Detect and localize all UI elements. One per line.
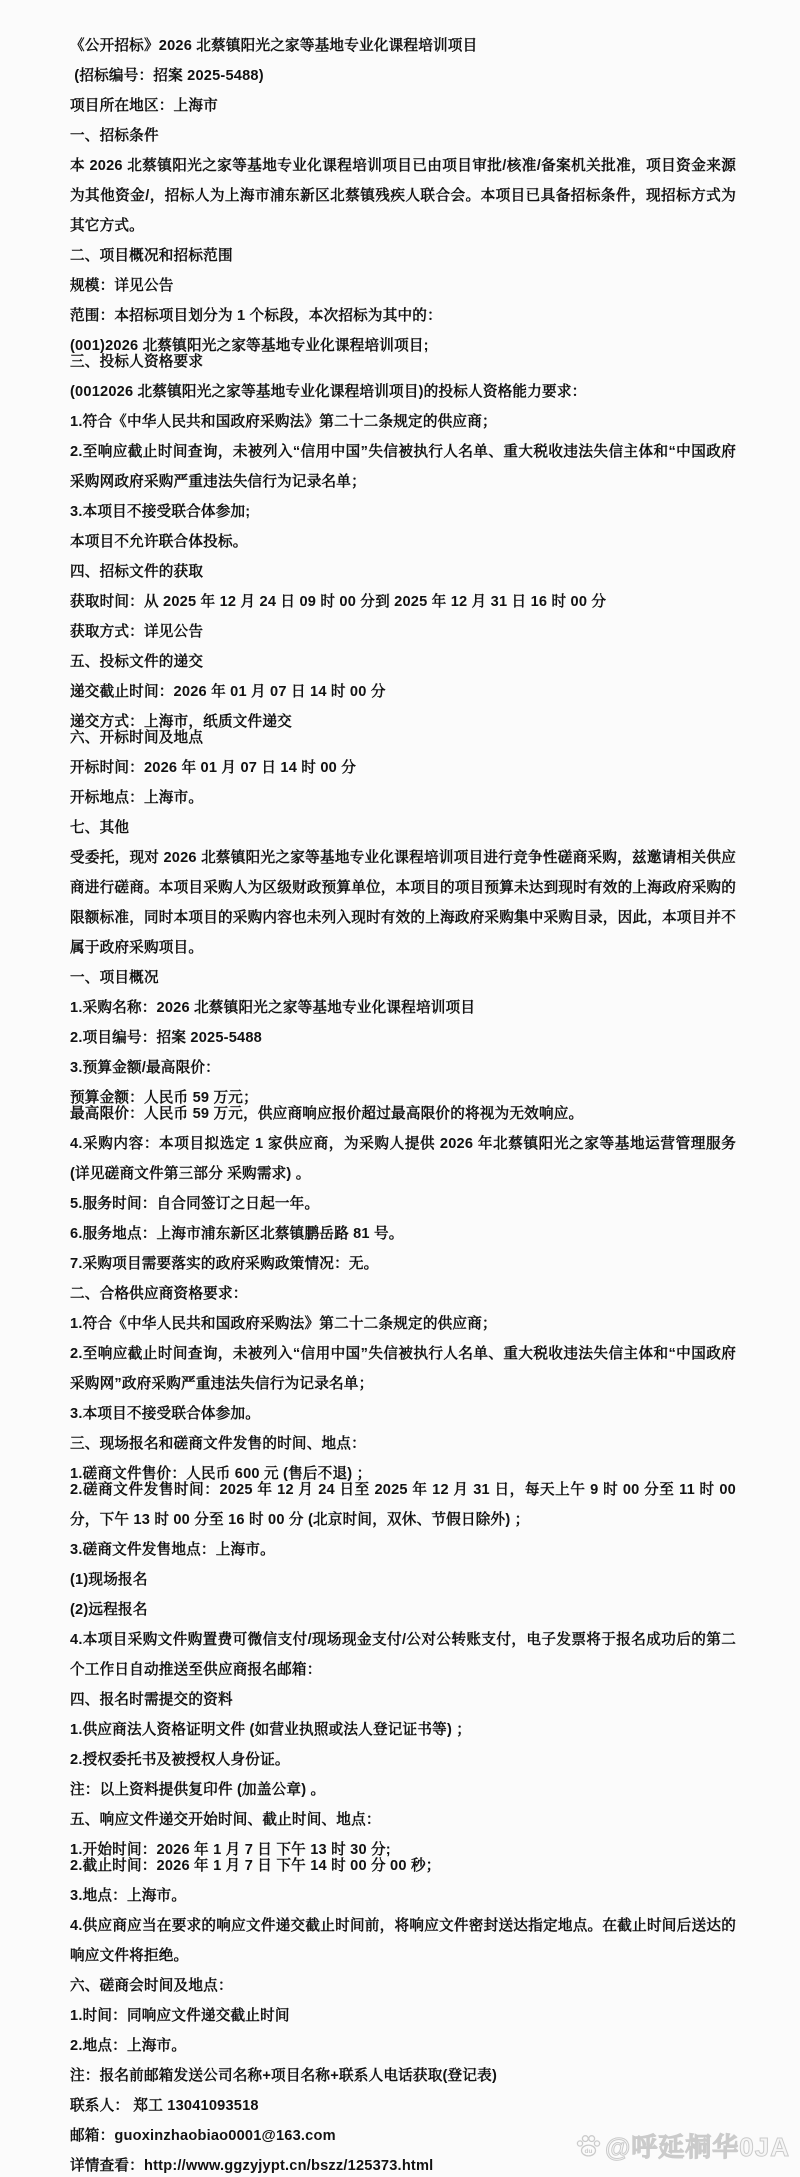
document-line: 5.服务时间：自合同签订之日起一年。	[70, 1189, 736, 1219]
document-line: 受委托，现对 2026 北蔡镇阳光之家等基地专业化课程培训项目进行竞争性磋商采购…	[70, 843, 736, 963]
document-line: 3.本项目不接受联合体参加;	[70, 497, 736, 527]
document-line: 规模：详见公告	[70, 271, 736, 301]
document-line: 2.磋商文件发售时间：2025 年 12 月 24 日至 2025 年 12 月…	[70, 1475, 736, 1535]
document-line: 7.采购项目需要落实的政府采购政策情况：无。	[70, 1249, 736, 1279]
document-line: (0012026 北蔡镇阳光之家等基地专业化课程培训项目)的投标人资格能力要求：	[70, 377, 736, 407]
document-line: 一、项目概况	[70, 963, 736, 993]
tender-announcement-page: 《公开招标》2026 北蔡镇阳光之家等基地专业化课程培训项目 (招标编号：招案 …	[0, 0, 800, 2177]
document-line: 3.本项目不接受联合体参加。	[70, 1399, 736, 1429]
document-line: 4.本项目采购文件购置费可微信支付/现场现金支付/公对公转账支付，电子发票将于报…	[70, 1625, 736, 1685]
document-line: 开标时间：2026 年 01 月 07 日 14 时 00 分	[70, 753, 736, 783]
document-line: 范围：本招标项目划分为 1 个标段，本次招标为其中的：	[70, 301, 736, 331]
document-line: 1.采购名称：2026 北蔡镇阳光之家等基地专业化课程培训项目	[70, 993, 736, 1023]
document-line: (2)远程报名	[70, 1595, 736, 1625]
document-line: 二、合格供应商资格要求：	[70, 1279, 736, 1309]
document-line: 三、现场报名和磋商文件发售的时间、地点：	[70, 1429, 736, 1459]
document-line: 二、项目概况和招标范围	[70, 241, 736, 271]
document-line: 本项目不允许联合体投标。	[70, 527, 736, 557]
watermark-handle: @呼延桐华0JA	[605, 2127, 790, 2164]
document-line: 开标地点：上海市。	[70, 783, 736, 813]
document-line: 3.地点：上海市。	[70, 1881, 736, 1911]
document-line: 4.供应商应当在要求的响应文件递交截止时间前，将响应文件密封送达指定地点。在截止…	[70, 1911, 736, 1971]
document-line: 《公开招标》2026 北蔡镇阳光之家等基地专业化课程培训项目	[70, 31, 736, 61]
document-line: 六、开标时间及地点	[70, 723, 736, 753]
document-line: 一、招标条件	[70, 121, 736, 151]
document-line: 1.供应商法人资格证明文件 (如营业执照或法人登记证书等) ；	[70, 1715, 736, 1745]
document-line: 1.时间：同响应文件递交截止时间	[70, 2001, 736, 2031]
document-line: (招标编号：招案 2025-5488)	[70, 61, 736, 91]
document-line: 1.符合《中华人民共和国政府采购法》第二十二条规定的供应商；	[70, 407, 736, 437]
document-line: 注：报名前邮箱发送公司名称+项目名称+联系人电话获取(登记表)	[70, 2061, 736, 2091]
document-line: 获取时间：从 2025 年 12 月 24 日 09 时 00 分到 2025 …	[70, 587, 736, 617]
document-line: 2.项目编号：招案 2025-5488	[70, 1023, 736, 1053]
document-line: 项目所在地区：上海市	[70, 91, 736, 121]
document-line: 3.磋商文件发售地点：上海市。	[70, 1535, 736, 1565]
watermark: du @呼延桐华0JA	[575, 2127, 790, 2164]
document-line: 五、响应文件递交开始时间、截止时间、地点：	[70, 1805, 736, 1835]
document-line: 6.服务地点：上海市浦东新区北蔡镇鹏岳路 81 号。	[70, 1219, 736, 1249]
document-line: 2.至响应截止时间查询，未被列入“信用中国”失信被执行人名单、重大税收违法失信主…	[70, 1339, 736, 1399]
document-line: 2.地点：上海市。	[70, 2031, 736, 2061]
document-line: 2.授权委托书及被授权人身份证。	[70, 1745, 736, 1775]
document-line: 获取方式：详见公告	[70, 617, 736, 647]
document-line: (1)现场报名	[70, 1565, 736, 1595]
document-line: 四、招标文件的获取	[70, 557, 736, 587]
document-line: 1.符合《中华人民共和国政府采购法》第二十二条规定的供应商；	[70, 1309, 736, 1339]
document-line: 2.截止时间：2026 年 1 月 7 日 下午 14 时 00 分 00 秒；	[70, 1851, 736, 1881]
document-line: 3.预算金额/最高限价：	[70, 1053, 736, 1083]
tender-announcement-document: 《公开招标》2026 北蔡镇阳光之家等基地专业化课程培训项目 (招标编号：招案 …	[0, 0, 800, 2177]
document-line: 四、报名时需提交的资料	[70, 1685, 736, 1715]
baidu-paw-icon-label: du	[584, 2148, 592, 2155]
document-line: 七、其他	[70, 813, 736, 843]
document-line: 本 2026 北蔡镇阳光之家等基地专业化课程培训项目已由项目审批/核准/备案机关…	[70, 151, 736, 241]
document-line: 联系人： 郑工 13041093518	[70, 2091, 736, 2121]
document-line: 4.采购内容：本项目拟选定 1 家供应商，为采购人提供 2026 年北蔡镇阳光之…	[70, 1129, 736, 1189]
baidu-paw-icon: du	[575, 2133, 602, 2158]
document-line: 2.至响应截止时间查询，未被列入“信用中国”失信被执行人名单、重大税收违法失信主…	[70, 437, 736, 497]
document-line: 注：以上资料提供复印件 (加盖公章) 。	[70, 1775, 736, 1805]
document-line: 最高限价：人民币 59 万元，供应商响应报价超过最高限价的将视为无效响应。	[70, 1099, 736, 1129]
document-line: 递交截止时间：2026 年 01 月 07 日 14 时 00 分	[70, 677, 736, 707]
document-line: 六、磋商会时间及地点：	[70, 1971, 736, 2001]
document-line: 五、投标文件的递交	[70, 647, 736, 677]
